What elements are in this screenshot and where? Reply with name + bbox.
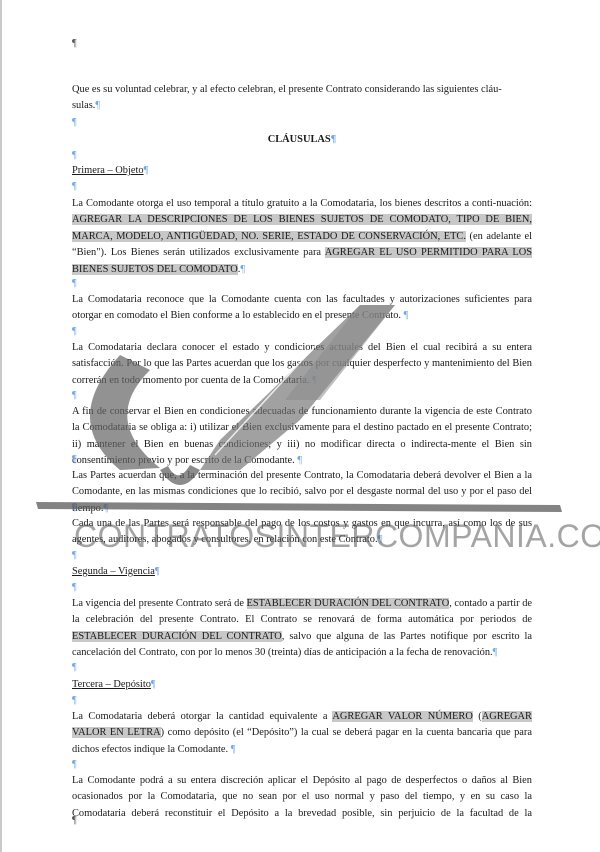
placeholder-field[interactable]: ESTABLECER DURACIÓN DEL CONTRATO [247, 598, 450, 609]
primera-paragraph-2: La Comodataria reconoce que la Comodante… [72, 292, 532, 325]
pilcrow-mark: ¶ [72, 148, 77, 164]
pilcrow-mark: ¶ [72, 388, 77, 404]
pilcrow-mark: ¶ [72, 115, 77, 131]
tercera-paragraph-1: La Comodataria deberá otorgar la cantida… [72, 709, 532, 758]
pilcrow-mark: ¶ [72, 179, 77, 195]
pilcrow-mark: ¶ [72, 276, 77, 292]
segunda-paragraph-1: La vigencia del presente Contrato será d… [72, 596, 532, 662]
pilcrow-mark: ¶ [72, 500, 77, 516]
section-title-tercera: Tercera – Depósito¶ [72, 677, 156, 693]
pilcrow-mark: ¶ [72, 452, 77, 468]
primera-paragraph-4: A fin de conservar el Bien en condicione… [72, 404, 532, 470]
placeholder-field[interactable]: ESTABLECER DURACIÓN DEL CONTRATO [72, 631, 282, 642]
pilcrow-mark: ¶ [72, 757, 77, 773]
pilcrow-mark: ¶ [72, 813, 77, 829]
primera-paragraph-3: La Comodataria declara conocer el estado… [72, 340, 532, 389]
clauses-heading: CLÁUSULAS¶ [72, 132, 532, 148]
primera-paragraph-1: La Comodante otorga el uso temporal a tí… [72, 196, 532, 278]
pilcrow-mark: ¶ [72, 580, 77, 596]
pilcrow-mark: ¶ [72, 660, 77, 676]
pilcrow-mark: ¶ [72, 36, 77, 52]
section-title-primera: Primera – Objeto¶ [72, 163, 148, 179]
intro-text: Que es su voluntad celebrar, y al efecto… [72, 84, 502, 95]
pilcrow-mark: ¶ [72, 693, 77, 709]
pilcrow-mark: ¶ [72, 324, 77, 340]
placeholder-field[interactable]: AGREGAR LA DESCRIPCIONES DE LOS BIENES S… [72, 214, 532, 241]
primera-paragraph-6: Cada una de las Partes será responsable … [72, 516, 532, 549]
primera-paragraph-5: Las Partes acuerdan que, a la terminació… [72, 468, 532, 517]
intro-text-cont: sulas. [72, 100, 95, 111]
pilcrow-mark: ¶ [72, 548, 77, 564]
section-title-segunda: Segunda – Vigencia¶ [72, 564, 160, 580]
page-left-border [0, 0, 2, 852]
intro-paragraph: Que es su voluntad celebrar, y al efecto… [72, 82, 532, 115]
placeholder-field[interactable]: AGREGAR VALOR NÚMERO [332, 711, 472, 722]
tercera-paragraph-2: La Comodante podrá a su entera discreció… [72, 773, 532, 822]
